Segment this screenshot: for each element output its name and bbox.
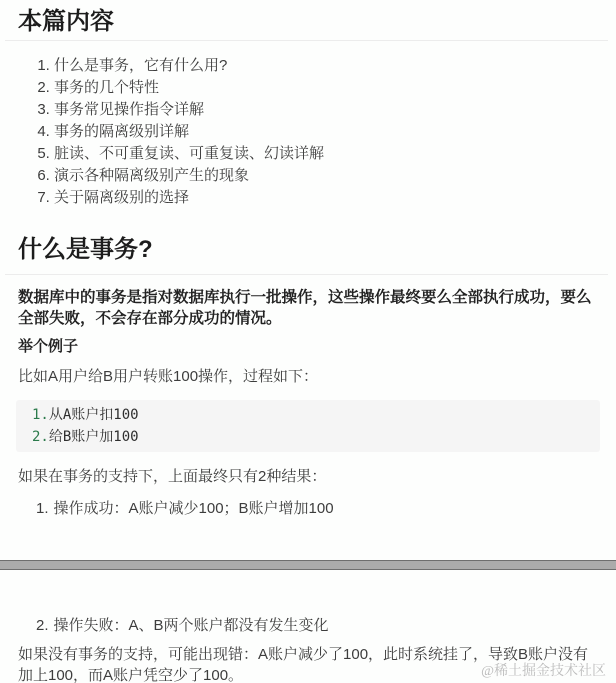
code-line-number: 1. (32, 407, 49, 423)
toc-item-6: 演示各种隔离级别产生的现象 (54, 165, 598, 187)
code-line-1: 1.从A账户扣100 (32, 404, 584, 426)
result-number: 2. (36, 617, 49, 634)
result-number: 1. (36, 500, 49, 517)
example-label: 举个例子 (18, 338, 598, 356)
toc-item-1: 什么是事务，它有什么用? (54, 55, 598, 77)
toc-item-7: 关于隔离级别的选择 (54, 187, 598, 209)
example-intro-paragraph: 比如A用户给B用户转账100操作，过程如下： (18, 368, 598, 386)
section-intro-paragraph: 数据库中的事务是指对数据库执行一批操作，这些操作最终要么全部执行成功，要么全部失… (18, 287, 598, 329)
code-block: 1.从A账户扣100 2.给B账户加100 (16, 400, 600, 452)
result-intro-paragraph: 如果在事务的支持下，上面最终只有2种结果： (18, 468, 598, 486)
toc-item-3: 事务常见操作指令详解 (54, 99, 598, 121)
toc-item-4: 事务的隔离级别详解 (54, 121, 598, 143)
result-item-failure: 2.操作失败：A、B两个账户都没有发生变化 (18, 616, 598, 636)
watermark-text: @稀土掘金技术社区 (481, 663, 606, 681)
result-text: 操作失败：A、B两个账户都没有发生变化 (54, 617, 329, 634)
result-text: 操作成功：A账户减少100；B账户增加100 (54, 500, 334, 517)
code-line-text: 给B账户加100 (49, 429, 139, 445)
code-line-text: 从A账户扣100 (49, 407, 139, 423)
article-page: 本篇内容 什么是事务，它有什么用? 事务的几个特性 事务常见操作指令详解 事务的… (0, 0, 616, 683)
page-break-divider (0, 560, 616, 570)
toc-item-5: 脏读、不可重复读、可重复读、幻读详解 (54, 143, 598, 165)
code-line-number: 2. (32, 429, 49, 445)
result-item-success: 1.操作成功：A账户减少100；B账户增加100 (18, 499, 598, 519)
toc-heading: 本篇内容 (5, 6, 608, 41)
section-heading: 什么是事务? (5, 237, 608, 275)
code-line-2: 2.给B账户加100 (32, 426, 584, 448)
toc-item-2: 事务的几个特性 (54, 77, 598, 99)
toc-list: 什么是事务，它有什么用? 事务的几个特性 事务常见操作指令详解 事务的隔离级别详… (18, 55, 598, 209)
